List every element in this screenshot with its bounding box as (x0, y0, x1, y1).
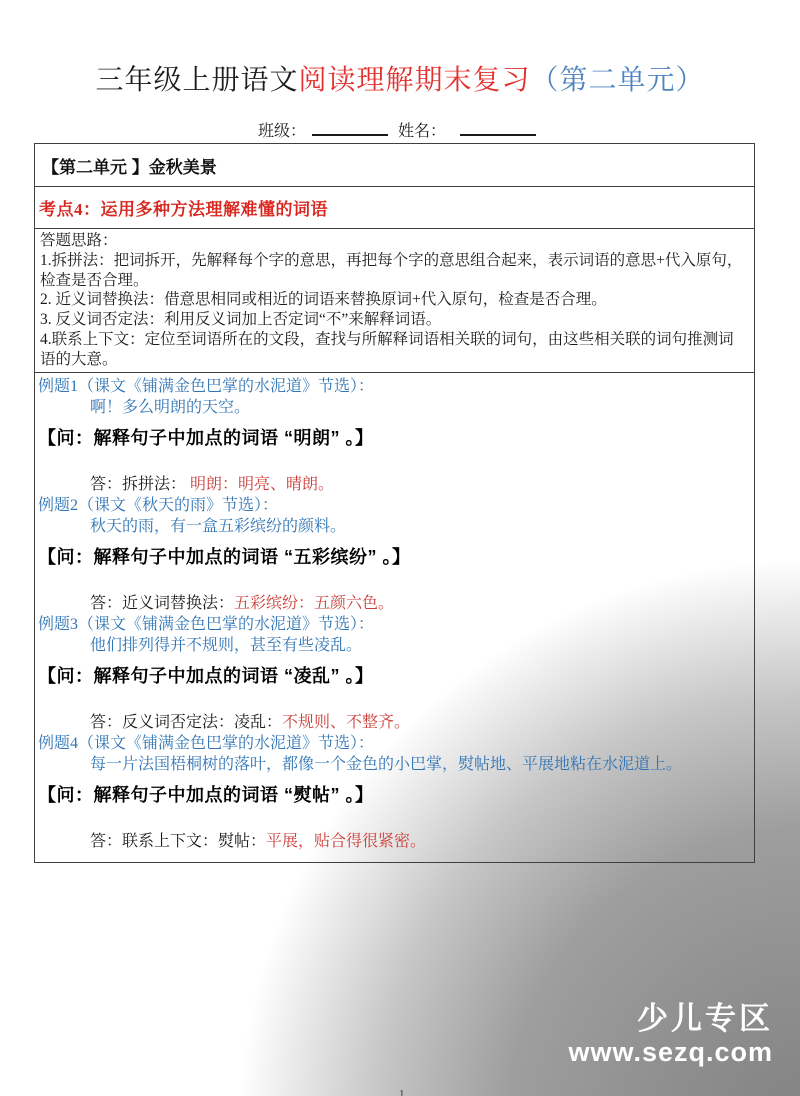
example-answer: 答：反义词否定法：凌乱：不规则、不整齐。 (38, 712, 748, 733)
kaodian-header-row: 考点4：运用多种方法理解难懂的词语 (35, 186, 754, 228)
answer-definition: 平展，贴合得很紧密。 (266, 833, 426, 850)
watermark: 少儿专区 www.sezq.com (568, 1001, 773, 1068)
page-title-black: 三年级上册语文 (95, 65, 298, 96)
examples-row: 例题1（课文《铺满金色巴掌的水泥道》节选）： 啊！多么明朗的天空。 【问：解释句… (35, 372, 754, 862)
example-answer: 答：拆拼法： 明朗：明亮、晴朗。 (38, 474, 748, 495)
methods-row: 答题思路： 1.拆拼法：把词拆开，先解释每个字的意思，再把每个字的意思组合起来，… (35, 228, 754, 372)
page-title-red: 阅读理解期末复习 (298, 65, 530, 96)
example-excerpt: 每一片法国梧桐树的落叶，都像一个金色的小巴掌，熨帖地、平展地粘在水泥道上。 (38, 754, 748, 775)
example-question: 【问：解释句子中加点的词语 “五彩缤纷” 。】 (38, 542, 748, 572)
unit-header-row: 【第二单元 】金秋美景 (35, 144, 754, 186)
example-answer: 答：联系上下文：熨帖：平展，贴合得很紧密。 (38, 831, 748, 852)
example-excerpt: 他们排列得并不规则，甚至有些凌乱。 (38, 635, 748, 656)
class-label: 班级： (258, 123, 306, 140)
example-question: 【问：解释句子中加点的词语 “凌乱” 。】 (38, 661, 748, 691)
answer-method: 答：近义词替换法： (90, 595, 234, 612)
example-block-3: 例题3（课文《铺满金色巴掌的水泥道》节选）： 他们排列得并不规则，甚至有些凌乱。… (38, 614, 748, 733)
worksheet-table: 【第二单元 】金秋美景 考点4：运用多种方法理解难懂的词语 答题思路： 1.拆拼… (34, 143, 755, 863)
answer-method: 答：反义词否定法：凌乱： (90, 714, 282, 731)
method-item-4: 4.联系上下文：定位至词语所在的文段，查找与所解释词语相关联的词句，由这些相关联… (40, 330, 748, 370)
answer-definition: 不规则、不整齐。 (282, 714, 410, 731)
example-question: 【问：解释句子中加点的词语 “熨帖” 。】 (38, 780, 748, 810)
example-heading: 例题2（课文《秋天的雨》节选）： (38, 495, 748, 516)
answer-method: 答：联系上下文：熨帖： (90, 833, 266, 850)
example-heading: 例题3（课文《铺满金色巴掌的水泥道》节选）： (38, 614, 748, 635)
class-blank-line (312, 119, 388, 136)
unit-header-text: 【第二单元 】金秋美景 (42, 153, 217, 178)
example-heading: 例题4（课文《铺满金色巴掌的水泥道》节选）： (38, 733, 748, 754)
method-item-2: 2. 近义词替换法：借意思相同或相近的词语来替换原词+代入原句，检查是否合理。 (40, 290, 748, 310)
class-name-line: 班级： 姓名： (0, 118, 800, 141)
example-question: 【问：解释句子中加点的词语 “明朗” 。】 (38, 423, 748, 453)
page-number-mark: 1 (399, 1088, 405, 1096)
page-title: 三年级上册语文阅读理解期末复习（第二单元） (0, 58, 800, 98)
method-item-1: 1.拆拼法：把词拆开，先解释每个字的意思，再把每个字的意思组合起来，表示词语的意… (40, 251, 748, 291)
answer-definition: 五彩缤纷：五颜六色。 (234, 595, 394, 612)
methods-intro: 答题思路： (40, 231, 748, 251)
example-heading: 例题1（课文《铺满金色巴掌的水泥道》节选）： (38, 376, 748, 397)
example-block-4: 例题4（课文《铺满金色巴掌的水泥道》节选）： 每一片法国梧桐树的落叶，都像一个金… (38, 733, 748, 852)
kaodian-header-text: 考点4：运用多种方法理解难懂的词语 (39, 195, 328, 220)
page-title-blue: （第二单元） (531, 65, 705, 96)
method-item-3: 3. 反义词否定法：利用反义词加上否定词“不”来解释词语。 (40, 310, 748, 330)
example-excerpt: 啊！多么明朗的天空。 (38, 397, 748, 418)
example-block-2: 例题2（课文《秋天的雨》节选）： 秋天的雨，有一盒五彩缤纷的颜料。 【问：解释句… (38, 495, 748, 614)
example-excerpt: 秋天的雨，有一盒五彩缤纷的颜料。 (38, 516, 748, 537)
name-blank-line (460, 119, 536, 136)
name-label: 姓名： (398, 123, 446, 140)
answer-definition: 明朗：明亮、晴朗。 (190, 476, 334, 493)
watermark-url: www.sezq.com (568, 1037, 773, 1068)
example-answer: 答：近义词替换法：五彩缤纷：五颜六色。 (38, 593, 748, 614)
watermark-brand: 少儿专区 (568, 1001, 773, 1037)
answer-method: 答：拆拼法： (90, 476, 190, 493)
example-block-1: 例题1（课文《铺满金色巴掌的水泥道》节选）： 啊！多么明朗的天空。 【问：解释句… (38, 376, 748, 495)
